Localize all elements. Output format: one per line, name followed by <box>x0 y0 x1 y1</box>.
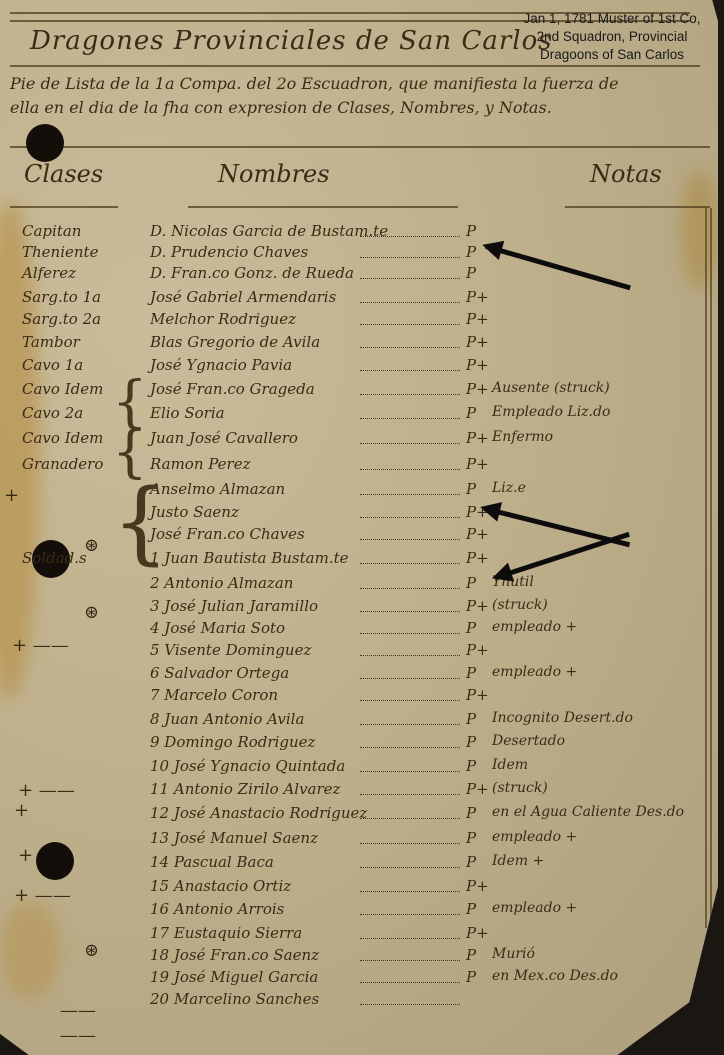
soldier-name: D. Fran.co Gonz. de Rueda <box>150 264 354 282</box>
presence-mark: P+ <box>466 310 489 328</box>
soldier-name: 2 Antonio Almazan <box>150 574 293 592</box>
punch-hole <box>26 124 64 162</box>
leader-dots <box>360 494 460 495</box>
soldier-name: José Gabriel Armendaris <box>150 288 336 306</box>
leader-dots <box>360 633 460 634</box>
note-text: empleado + <box>492 619 577 635</box>
leader-dots <box>360 347 460 348</box>
leader-dots <box>360 747 460 748</box>
note-text: Empleado Liz.do <box>492 404 610 420</box>
presence-mark: P <box>466 404 476 422</box>
note-text: empleado + <box>492 829 577 845</box>
right-border <box>710 208 712 928</box>
leader-dots <box>360 257 460 258</box>
presence-mark: P <box>466 829 476 847</box>
caption-line: Jan 1, 1781 Muster of 1st Co, <box>506 10 718 28</box>
presence-mark: P+ <box>466 549 489 567</box>
rank-label: Cavo Idem <box>22 380 103 398</box>
soldier-name: Elio Soria <box>150 404 225 422</box>
presence-mark: P+ <box>466 455 489 473</box>
note-text: Incognito Desert.do <box>492 710 633 726</box>
note-text: Ausente (struck) <box>492 380 610 396</box>
leader-dots <box>360 794 460 795</box>
leader-dots <box>360 418 460 419</box>
rank-label: Alferez <box>22 264 76 282</box>
leader-dots <box>360 588 460 589</box>
soldier-name: Juan José Cavallero <box>150 429 298 447</box>
right-border <box>705 208 707 928</box>
presence-mark: P+ <box>466 641 489 659</box>
wheel-mark-icon: ⊛ <box>84 940 99 961</box>
presence-mark: P <box>466 664 476 682</box>
presence-mark: P+ <box>466 356 489 374</box>
document-subtitle-1: Pie de Lista de la 1a Compa. del 2o Escu… <box>10 74 619 93</box>
dash-mark-icon: —— <box>60 1025 96 1046</box>
note-text: empleado + <box>492 900 577 916</box>
soldier-name: 8 Juan Antonio Avila <box>150 710 304 728</box>
presence-mark: P <box>466 900 476 918</box>
presence-mark: P <box>466 853 476 871</box>
plus-mark-icon: + —— <box>14 885 71 906</box>
leader-dots <box>360 517 460 518</box>
soldier-name: José Ygnacio Pavia <box>150 356 292 374</box>
note-text: Desertado <box>492 733 565 749</box>
wheel-mark-icon: ⊛ <box>84 535 99 556</box>
note-text: en Mex.co Des.do <box>492 968 618 984</box>
presence-mark: P+ <box>466 597 489 615</box>
presence-mark: P+ <box>466 780 489 798</box>
soldier-name: 5 Visente Dominguez <box>150 641 311 659</box>
soldier-name: 3 José Julian Jaramillo <box>150 597 318 615</box>
leader-dots <box>360 678 460 679</box>
presence-mark: P <box>466 243 476 261</box>
note-text: Idem + <box>492 853 544 869</box>
presence-mark: P <box>466 710 476 728</box>
soldier-name: 7 Marcelo Coron <box>150 686 278 704</box>
presence-mark: P <box>466 968 476 986</box>
leader-dots <box>360 370 460 371</box>
rank-label: Cavo Idem <box>22 429 103 447</box>
soldier-name: José Fran.co Chaves <box>150 525 305 543</box>
soldier-name: D. Prudencio Chaves <box>150 243 308 261</box>
header-underline <box>10 206 118 208</box>
presence-mark: P+ <box>466 877 489 895</box>
soldier-name: José Fran.co Grageda <box>150 380 315 398</box>
presence-mark: P <box>466 619 476 637</box>
note-text: Idem <box>492 757 528 773</box>
arrow-annotation-icon <box>495 532 630 580</box>
caption-box: Jan 1, 1781 Muster of 1st Co, 2nd Squadr… <box>506 10 718 64</box>
leader-dots <box>360 655 460 656</box>
soldier-name: 13 José Manuel Saenz <box>150 829 318 847</box>
presence-mark: P+ <box>466 686 489 704</box>
note-text: Murió <box>492 946 535 962</box>
soldier-name: 9 Domingo Rodriguez <box>150 733 315 751</box>
soldier-name: 4 José Maria Soto <box>150 619 285 637</box>
leader-dots <box>360 982 460 983</box>
bracket-icon: { <box>112 470 169 575</box>
note-text: empleado + <box>492 664 577 680</box>
border-rule <box>10 146 710 148</box>
wheel-mark-icon: ⊛ <box>84 602 99 623</box>
presence-mark: P <box>466 946 476 964</box>
soldier-name: 19 José Miguel Garcia <box>150 968 318 986</box>
soldier-name: D. Nicolas Garcia de Bustam.te <box>150 222 388 240</box>
leader-dots <box>360 469 460 470</box>
note-text: Enfermo <box>492 429 553 445</box>
leader-dots <box>360 278 460 279</box>
rank-label: Granadero <box>22 455 103 473</box>
leader-dots <box>360 818 460 819</box>
soldier-name: 20 Marcelino Sanches <box>150 990 319 1008</box>
soldier-name: 18 José Fran.co Saenz <box>150 946 319 964</box>
leader-dots <box>360 611 460 612</box>
header-underline <box>188 206 458 208</box>
soldier-name: 6 Salvador Ortega <box>150 664 289 682</box>
caption-line: 2nd Squadron, Provincial <box>506 28 718 46</box>
rank-label: Cavo 1a <box>22 356 83 374</box>
presence-mark: P <box>466 804 476 822</box>
leader-dots <box>360 843 460 844</box>
leader-dots <box>360 960 460 961</box>
rank-label: Capitan <box>22 222 81 240</box>
plus-mark-icon: + <box>18 845 33 866</box>
manuscript-page: Dragones Provinciales de San Carlos Pie … <box>0 0 718 1055</box>
leader-dots <box>360 394 460 395</box>
water-stain <box>680 170 720 290</box>
presence-mark: P+ <box>466 924 489 942</box>
soldier-name: 17 Eustaquio Sierra <box>150 924 302 942</box>
soldier-name: 14 Pascual Baca <box>150 853 274 871</box>
leader-dots <box>360 867 460 868</box>
soldier-name: 11 Antonio Zirilo Alvarez <box>150 780 340 798</box>
presence-mark: P <box>466 574 476 592</box>
presence-mark: P <box>466 733 476 751</box>
plus-mark-icon: + —— <box>18 780 75 801</box>
leader-dots <box>360 324 460 325</box>
soldier-name: Blas Gregorio de Avila <box>150 333 320 351</box>
rank-label: Sarg.to 1a <box>22 288 101 306</box>
leader-dots <box>360 771 460 772</box>
note-text: (struck) <box>492 597 548 613</box>
presence-mark: P+ <box>466 333 489 351</box>
soldier-name: Anselmo Almazan <box>150 480 285 498</box>
leader-dots <box>360 563 460 564</box>
soldier-name: 10 José Ygnacio Quintada <box>150 757 345 775</box>
column-header-classes: Clases <box>24 160 103 188</box>
rank-label: Soldad.s <box>22 549 87 567</box>
note-text: (struck) <box>492 780 548 796</box>
plus-mark-icon: + <box>14 800 29 821</box>
header-underline <box>565 206 710 208</box>
presence-mark: P+ <box>466 525 489 543</box>
soldier-name: 16 Antonio Arrois <box>150 900 284 918</box>
note-text: en el Agua Caliente Des.do <box>492 804 684 820</box>
leader-dots <box>360 938 460 939</box>
dash-mark-icon: —— <box>60 1000 96 1021</box>
rank-label: Tambor <box>22 333 80 351</box>
border-rule <box>10 65 700 67</box>
water-stain <box>0 900 60 1000</box>
leader-dots <box>360 724 460 725</box>
leader-dots <box>360 700 460 701</box>
presence-mark: P <box>466 264 476 282</box>
leader-dots <box>360 914 460 915</box>
presence-mark: P <box>466 480 476 498</box>
soldier-name: 1 Juan Bautista Bustam.te <box>150 549 349 567</box>
plus-mark-icon: + —— <box>12 635 69 656</box>
soldier-name: Melchor Rodriguez <box>150 310 296 328</box>
note-text: Liz.e <box>492 480 526 496</box>
document-title: Dragones Provinciales de San Carlos <box>30 26 553 56</box>
presence-mark: P+ <box>466 288 489 306</box>
plus-mark-icon: + <box>4 485 19 506</box>
leader-dots <box>360 302 460 303</box>
rank-label: Sarg.to 2a <box>22 310 101 328</box>
presence-mark: P+ <box>466 429 489 447</box>
document-subtitle-2: ella en el dia de la fha con expresion d… <box>10 98 552 117</box>
rank-label: Cavo 2a <box>22 404 83 422</box>
presence-mark: P <box>466 757 476 775</box>
leader-dots <box>360 891 460 892</box>
leader-dots <box>360 236 460 237</box>
punch-hole <box>36 842 74 880</box>
presence-mark: P <box>466 222 476 240</box>
leader-dots <box>360 1004 460 1005</box>
column-header-notes: Notas <box>590 160 662 188</box>
rank-label: Theniente <box>22 243 98 261</box>
soldier-name: 15 Anastacio Ortiz <box>150 877 291 895</box>
leader-dots <box>360 539 460 540</box>
caption-line: Dragoons of San Carlos <box>506 46 718 64</box>
presence-mark: P+ <box>466 380 489 398</box>
column-header-names: Nombres <box>218 160 330 188</box>
leader-dots <box>360 443 460 444</box>
arrow-annotation-icon <box>485 244 631 290</box>
soldier-name: 12 José Anastacio Rodriguez <box>150 804 367 822</box>
